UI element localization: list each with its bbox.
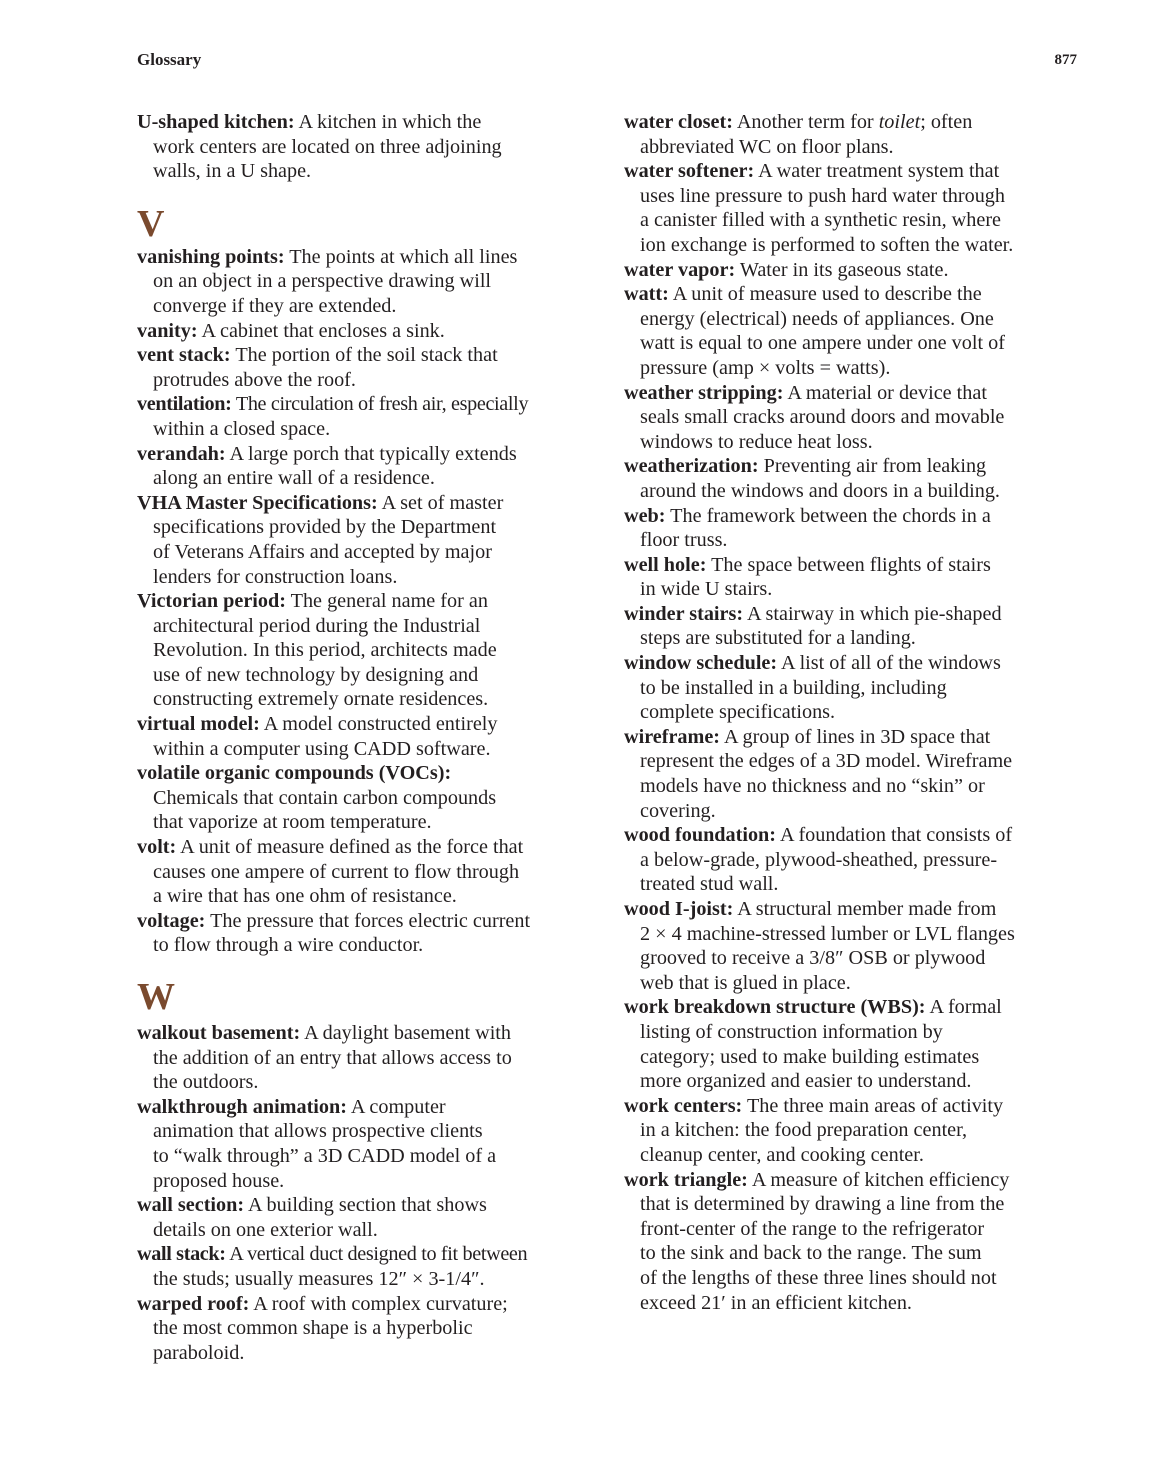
entry-definition-line: details on one exterior wall.: [137, 1218, 607, 1243]
entry-definition-line: web that is glued in place.: [624, 971, 1094, 996]
entry-definition-line: 2 × 4 machine-stressed lumber or LVL fla…: [624, 922, 1094, 947]
entry-definition: A building section that shows: [244, 1194, 487, 1216]
entry-definition-line: seals small cracks around doors and mova…: [624, 405, 1094, 430]
entry-term: weatherization:: [624, 455, 759, 477]
entry-definition: A vertical duct designed to fit between: [226, 1243, 528, 1265]
entry-term: ventilation:: [137, 393, 232, 415]
entry-definition-line: within a closed space.: [137, 417, 607, 442]
entry-definition-line: of Veterans Affairs and accepted by majo…: [137, 540, 607, 565]
entry-definition-line: protrudes above the roof.: [137, 368, 607, 393]
entry-term: vent stack:: [137, 344, 231, 366]
glossary-entry-wall-section: wall section: A building section that sh…: [137, 1193, 607, 1242]
entry-definition: A stairway in which pie-shaped: [743, 603, 1001, 625]
entry-term: U-shaped kitchen:: [137, 111, 295, 133]
glossary-entry-water-softener: water softener: A water treatment system…: [624, 159, 1094, 257]
glossary-entry-winder-stairs: winder stairs: A stairway in which pie-s…: [624, 602, 1094, 651]
entry-definition: A material or device that: [783, 382, 986, 404]
entry-definition-line: the outdoors.: [137, 1070, 607, 1095]
entry-definition-line: proposed house.: [137, 1169, 607, 1194]
entry-definition-line: treated stud wall.: [624, 872, 1094, 897]
entry-definition-line: causes one ampere of current to flow thr…: [137, 860, 607, 885]
entry-definition: Water in its gaseous state.: [735, 259, 948, 281]
entry-definition-line: lenders for construction loans.: [137, 565, 607, 590]
glossary-entry-web: web: The framework between the chords in…: [624, 504, 1094, 553]
entry-term: water vapor:: [624, 259, 735, 281]
entry-term: wood I-joist:: [624, 898, 733, 920]
entry-definition-line: constructing extremely ornate residences…: [137, 687, 607, 712]
entry-definition-line: models have no thickness and no “skin” o…: [624, 774, 1094, 799]
entry-term: virtual model:: [137, 713, 260, 735]
entry-definition: The general name for an: [286, 590, 488, 612]
entry-term: winder stairs:: [624, 603, 743, 625]
entry-definition-line: paraboloid.: [137, 1341, 607, 1366]
entry-definition-line: the most common shape is a hyperbolic: [137, 1316, 607, 1341]
entry-definition: The points at which all lines: [285, 246, 518, 268]
entry-term: VHA Master Specifications:: [137, 492, 378, 514]
entry-definition: A foundation that consists of: [776, 824, 1012, 846]
entry-term: vanity:: [137, 320, 198, 342]
entry-definition: The pressure that forces electric curren…: [205, 910, 530, 932]
entry-definition-line: pressure (amp × volts = watts).: [624, 356, 1094, 381]
entry-definition: A daylight basement with: [300, 1022, 511, 1044]
entry-definition-line: along an entire wall of a residence.: [137, 466, 607, 491]
entry-term: weather stripping:: [624, 382, 783, 404]
entry-definition-line: steps are substituted for a landing.: [624, 626, 1094, 651]
entry-term: warped roof:: [137, 1293, 249, 1315]
glossary-entry-work-centers: work centers: The three main areas of ac…: [624, 1094, 1094, 1168]
entry-definition-line: cleanup center, and cooking center.: [624, 1143, 1094, 1168]
entry-definition-line: floor truss.: [624, 528, 1094, 553]
section-letter-v: V: [137, 205, 607, 245]
glossary-entry-wood-foundation: wood foundation: A foundation that consi…: [624, 823, 1094, 897]
entry-term: volt:: [137, 836, 176, 858]
entry-definition-line: in a kitchen: the food preparation cente…: [624, 1118, 1094, 1143]
glossary-entry-weatherization: weatherization: Preventing air from leak…: [624, 454, 1094, 503]
entry-term: walkout basement:: [137, 1022, 300, 1044]
glossary-entry-volt: volt: A unit of measure defined as the f…: [137, 835, 607, 909]
glossary-entry-vanishing-points: vanishing points: The points at which al…: [137, 245, 607, 319]
entry-term: vanishing points:: [137, 246, 285, 268]
entry-definition-line: that vaporize at room temperature.: [137, 810, 607, 835]
entry-term: wood foundation:: [624, 824, 776, 846]
entry-definition: The space between flights of stairs: [706, 554, 990, 576]
entry-definition-line: within a computer using CADD software.: [137, 737, 607, 762]
entry-definition-line: watt is equal to one ampere under one vo…: [624, 331, 1094, 356]
entry-definition-line: front-center of the range to the refrige…: [624, 1217, 1094, 1242]
entry-definition-line: listing of construction information by: [624, 1020, 1094, 1045]
entry-term: work breakdown structure (WBS):: [624, 996, 926, 1018]
entry-definition-line: more organized and easier to understand.: [624, 1069, 1094, 1094]
glossary-column-left: U-shaped kitchen: A kitchen in which the…: [137, 110, 607, 1365]
entry-definition-line: in wide U stairs.: [624, 577, 1094, 602]
entry-definition-line: energy (electrical) needs of appliances.…: [624, 307, 1094, 332]
entry-definition: A large porch that typically extends: [226, 443, 517, 465]
entry-definition: The portion of the soil stack that: [231, 344, 498, 366]
entry-term: work centers:: [624, 1095, 742, 1117]
entry-term: walkthrough animation:: [137, 1096, 347, 1118]
glossary-entry-work-triangle: work triangle: A measure of kitchen effi…: [624, 1168, 1094, 1316]
page-number: 877: [1055, 52, 1078, 69]
entry-definition: The framework between the chords in a: [666, 505, 991, 527]
entry-definition: A structural member made from: [733, 898, 996, 920]
entry-definition-line: specifications provided by the Departmen…: [137, 515, 607, 540]
glossary-entry-virtual-model: virtual model: A model constructed entir…: [137, 712, 607, 761]
entry-term: verandah:: [137, 443, 226, 465]
glossary-entry-victorian-period: Victorian period: The general name for a…: [137, 589, 607, 712]
entry-term: wall section:: [137, 1194, 244, 1216]
entry-definition-line: around the windows and doors in a buildi…: [624, 479, 1094, 504]
glossary-entry-verandah: verandah: A large porch that typically e…: [137, 442, 607, 491]
entry-definition-line: represent the edges of a 3D model. Wiref…: [624, 749, 1094, 774]
glossary-entry-wall-stack: wall stack: A vertical duct designed to …: [137, 1242, 607, 1291]
entry-term: Victorian period:: [137, 590, 286, 612]
entry-definition-line: walls, in a U shape.: [137, 159, 607, 184]
entry-definition: A measure of kitchen efficiency: [748, 1169, 1009, 1191]
entry-definition-line: to be installed in a building, including: [624, 676, 1094, 701]
glossary-column-right: water closet: Another term for toilet; o…: [624, 110, 1094, 1315]
glossary-entry-voltage: voltage: The pressure that forces electr…: [137, 909, 607, 958]
entry-term: work triangle:: [624, 1169, 748, 1191]
entry-definition: The three main areas of activity: [742, 1095, 1003, 1117]
entry-definition-line: ion exchange is performed to soften the …: [624, 233, 1094, 258]
entry-definition-line: covering.: [624, 799, 1094, 824]
entry-term: web:: [624, 505, 666, 527]
glossary-entry-walkout-basement: walkout basement: A daylight basement wi…: [137, 1021, 607, 1095]
glossary-entry-ventilation: ventilation: The circulation of fresh ai…: [137, 392, 607, 441]
entry-definition-line: the addition of an entry that allows acc…: [137, 1046, 607, 1071]
glossary-entry-well-hole: well hole: The space between flights of …: [624, 553, 1094, 602]
glossary-entry-vocs: volatile organic compounds (VOCs): Chemi…: [137, 761, 607, 835]
entry-definition-line: converge if they are extended.: [137, 294, 607, 319]
glossary-entry-water-closet: water closet: Another term for toilet; o…: [624, 110, 1094, 159]
glossary-entry-watt: watt: A unit of measure used to describe…: [624, 282, 1094, 380]
entry-definition: A set of master: [378, 492, 504, 514]
entry-definition-line: a wire that has one ohm of resistance.: [137, 884, 607, 909]
glossary-entry-vha-master-specifications: VHA Master Specifications: A set of mast…: [137, 491, 607, 589]
entry-definition: A cabinet that encloses a sink.: [198, 320, 445, 342]
entry-definition-line: that is determined by drawing a line fro…: [624, 1192, 1094, 1217]
entry-definition-line: complete specifications.: [624, 700, 1094, 725]
entry-definition-line: windows to reduce heat loss.: [624, 430, 1094, 455]
entry-definition: ; often: [920, 111, 972, 133]
entry-definition: A kitchen in which the: [295, 111, 482, 133]
entry-definition-line: work centers are located on three adjoin…: [137, 135, 607, 160]
entry-definition: A formal: [926, 996, 1002, 1018]
entry-term: wall stack:: [137, 1243, 226, 1265]
entry-definition: A unit of measure defined as the force t…: [176, 836, 523, 858]
entry-definition-line: to the sink and back to the range. The s…: [624, 1241, 1094, 1266]
entry-term: volatile organic compounds (VOCs):: [137, 762, 451, 784]
entry-definition-line: use of new technology by designing and: [137, 663, 607, 688]
entry-definition: Another term for: [733, 111, 879, 133]
entry-definition-line: a canister filled with a synthetic resin…: [624, 208, 1094, 233]
entry-definition-italic: toilet: [879, 111, 921, 133]
glossary-entry-weather-stripping: weather stripping: A material or device …: [624, 381, 1094, 455]
entry-definition-line: abbreviated WC on floor plans.: [624, 135, 1094, 160]
entry-definition-line: Chemicals that contain carbon compounds: [137, 786, 607, 811]
entry-definition-line: Revolution. In this period, architects m…: [137, 638, 607, 663]
entry-definition-line: of the lengths of these three lines shou…: [624, 1266, 1094, 1291]
entry-term: well hole:: [624, 554, 706, 576]
entry-definition-line: category; used to make building estimate…: [624, 1045, 1094, 1070]
entry-definition: A group of lines in 3D space that: [720, 726, 990, 748]
entry-definition-line: to flow through a wire conductor.: [137, 933, 607, 958]
entry-definition: A unit of measure used to describe the: [669, 283, 982, 305]
glossary-entry-u-shaped-kitchen: U-shaped kitchen: A kitchen in which the…: [137, 110, 607, 184]
entry-term: voltage:: [137, 910, 205, 932]
entry-term: water softener:: [624, 160, 754, 182]
entry-definition: The circulation of fresh air, especially: [232, 393, 529, 415]
glossary-entry-wood-i-joist: wood I-joist: A structural member made f…: [624, 897, 1094, 995]
glossary-entry-wireframe: wireframe: A group of lines in 3D space …: [624, 725, 1094, 823]
entry-definition-line: grooved to receive a 3/8″ OSB or plywood: [624, 946, 1094, 971]
entry-definition: A roof with complex curvature;: [249, 1293, 507, 1315]
glossary-entry-vent-stack: vent stack: The portion of the soil stac…: [137, 343, 607, 392]
entry-definition: A computer: [347, 1096, 446, 1118]
glossary-entry-water-vapor: water vapor: Water in its gaseous state.: [624, 258, 1094, 283]
entry-definition: A model constructed entirely: [260, 713, 498, 735]
entry-definition-line: animation that allows prospective client…: [137, 1119, 607, 1144]
entry-definition: Preventing air from leaking: [759, 455, 987, 477]
entry-term: window schedule:: [624, 652, 777, 674]
glossary-entry-work-breakdown-structure: work breakdown structure (WBS): A formal…: [624, 995, 1094, 1093]
entry-definition-line: architectural period during the Industri…: [137, 614, 607, 639]
glossary-entry-vanity: vanity: A cabinet that encloses a sink.: [137, 319, 607, 344]
entry-definition: A water treatment system that: [754, 160, 999, 182]
entry-definition-line: the studs; usually measures 12″ × 3-1/4″…: [137, 1267, 607, 1292]
entry-term: watt:: [624, 283, 669, 305]
entry-definition: A list of all of the windows: [777, 652, 1001, 674]
entry-term: water closet:: [624, 111, 733, 133]
entry-definition-line: exceed 21′ in an efficient kitchen.: [624, 1291, 1094, 1316]
entry-definition-line: a below-grade, plywood-sheathed, pressur…: [624, 848, 1094, 873]
entry-term: wireframe:: [624, 726, 720, 748]
glossary-entry-walkthrough-animation: walkthrough animation: A computer animat…: [137, 1095, 607, 1193]
entry-definition-line: uses line pressure to push hard water th…: [624, 184, 1094, 209]
glossary-entry-warped-roof: warped roof: A roof with complex curvatu…: [137, 1292, 607, 1366]
entry-definition-line: on an object in a perspective drawing wi…: [137, 269, 607, 294]
glossary-entry-window-schedule: window schedule: A list of all of the wi…: [624, 651, 1094, 725]
running-header-section-title: Glossary: [137, 50, 201, 70]
entry-definition-line: to “walk through” a 3D CADD model of a: [137, 1144, 607, 1169]
section-letter-w: W: [137, 978, 607, 1021]
